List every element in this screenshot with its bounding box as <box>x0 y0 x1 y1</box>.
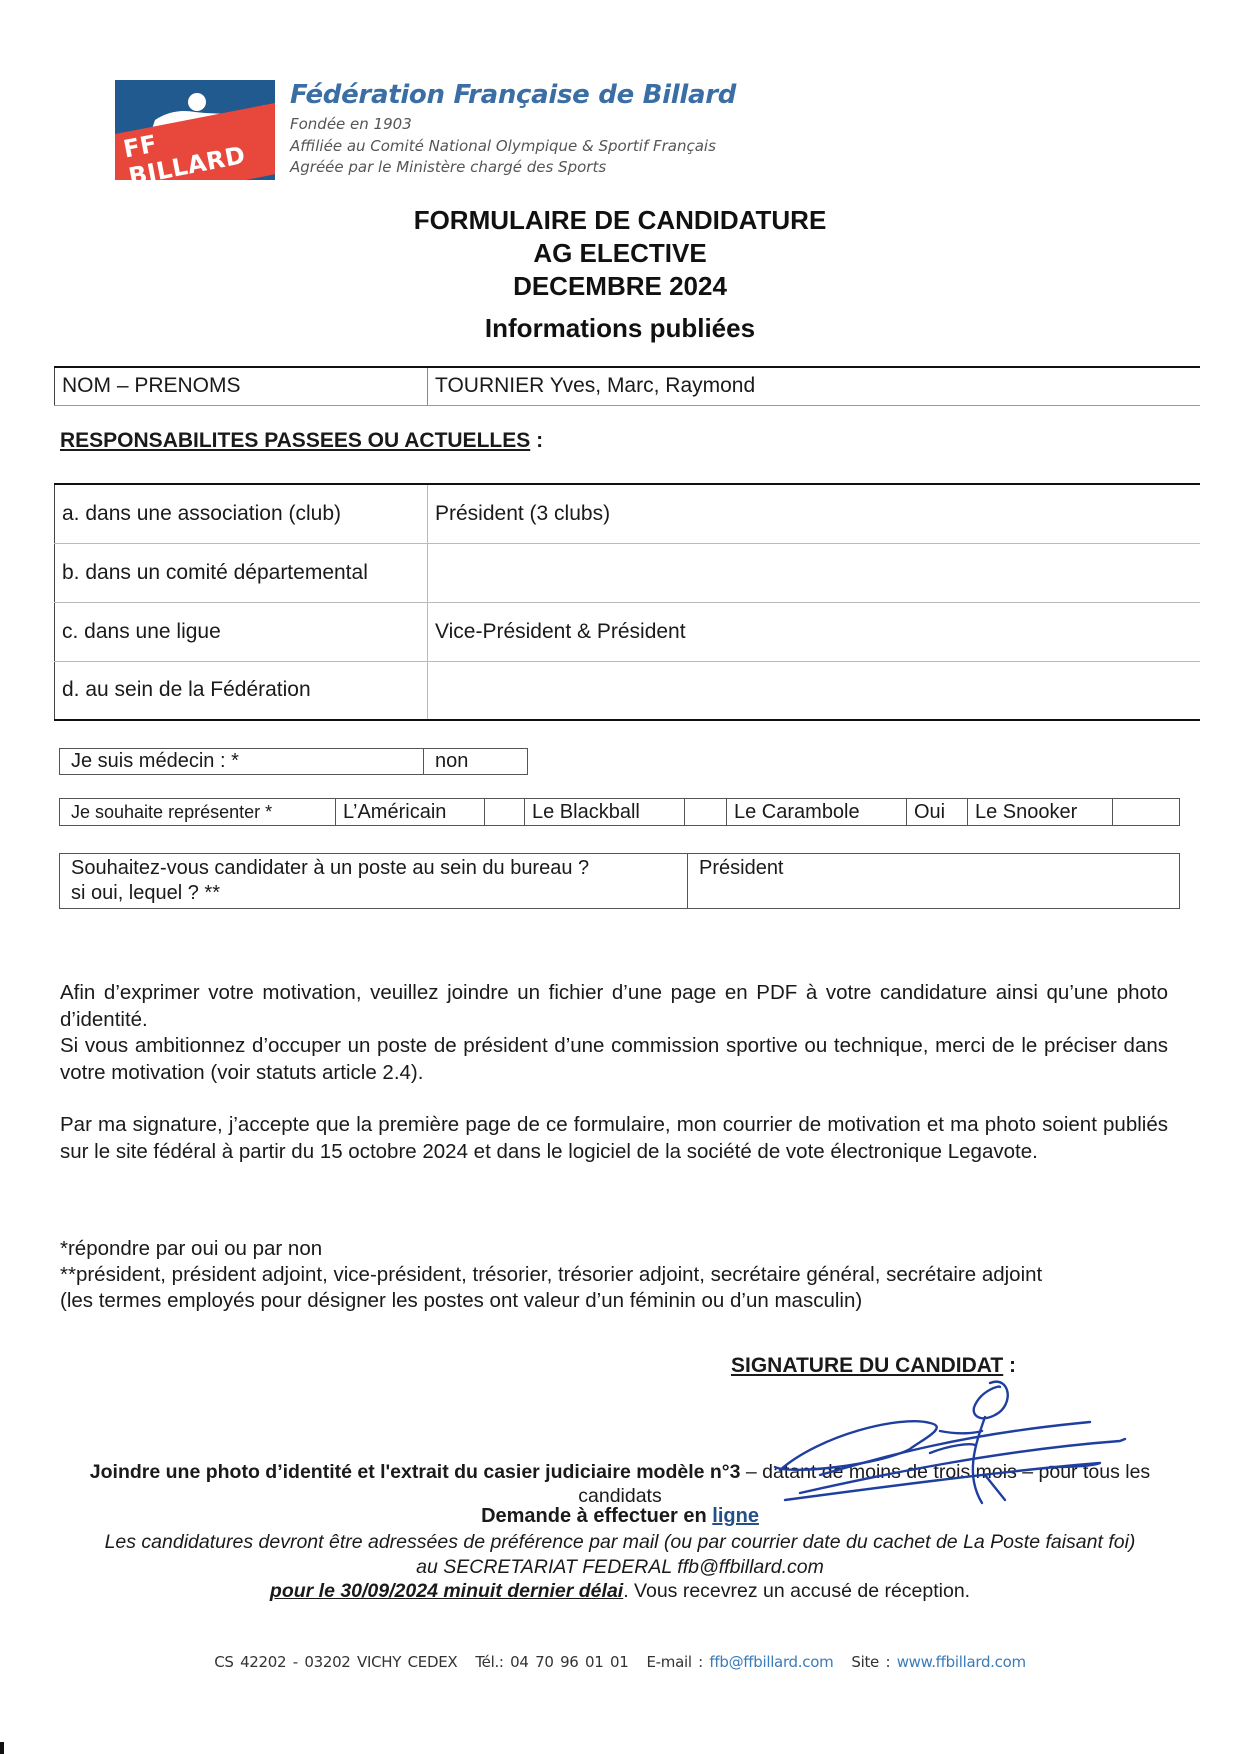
footer-email-label: E-mail : <box>646 1653 702 1671</box>
deadline-date: pour le 30/09/2024 minuit dernier délai <box>270 1580 623 1602</box>
form-subtitle: Informations publiées <box>0 313 1240 344</box>
identity-table: NOM – PRENOMS TOURNIER Yves, Marc, Raymo… <box>54 366 1200 406</box>
bureau-table: Souhaitez-vous candidater à un poste au … <box>59 853 1180 909</box>
discipline-snooker: Le Snooker <box>968 799 1113 826</box>
footer-site-label: Site : <box>851 1653 890 1671</box>
page-footer: CS 42202 - 03202 VICHY CEDEXTél.: 04 70 … <box>0 1653 1240 1671</box>
table-row: c. dans une ligue Vice-Président & Prési… <box>55 602 1201 661</box>
bureau-question-line1: Souhaitez-vous candidater à un poste au … <box>71 856 676 881</box>
footnote-1: *répondre par oui ou par non <box>60 1236 1180 1262</box>
identity-value: TOURNIER Yves, Marc, Raymond <box>428 367 1201 405</box>
form-title-ag: AG ELECTIVE <box>0 238 1240 269</box>
representer-label: Je souhaite représenter * <box>60 799 336 826</box>
signature-label-text: SIGNATURE DU CANDIDAT <box>731 1354 1003 1377</box>
identity-label: NOM – PRENOMS <box>55 367 428 405</box>
discipline-blackball-answer <box>685 799 727 826</box>
motivation-text-2: Si vous ambitionnez d’occuper un poste d… <box>60 1033 1168 1086</box>
table-row: d. au sein de la Fédération <box>55 661 1201 720</box>
responsibilities-heading-colon: : <box>530 429 543 452</box>
consent-text: Par ma signature, j’accepte que la premi… <box>60 1112 1168 1165</box>
signature-label-colon: : <box>1003 1354 1016 1377</box>
table-row: a. dans une association (club) Président… <box>55 484 1201 543</box>
medecin-value: non <box>424 749 528 775</box>
resp-value: Vice-Président & Président <box>428 602 1201 661</box>
submission-line-2: au SECRETARIAT FEDERAL ffb@ffbillard.com <box>40 1555 1200 1580</box>
federation-approval: Agréée par le Ministère chargé des Sport… <box>290 158 606 176</box>
responsibilities-table: a. dans une association (club) Président… <box>54 483 1200 721</box>
representer-row: Je souhaite représenter * L’Américain Le… <box>60 799 1180 826</box>
consent-paragraph: Par ma signature, j’accepte que la premi… <box>60 1112 1168 1165</box>
footer-tel: 04 70 96 01 01 <box>510 1653 628 1671</box>
footer-tel-label: Tél.: <box>475 1653 503 1671</box>
footnotes: *répondre par oui ou par non **président… <box>60 1236 1180 1314</box>
responsibilities-heading: RESPONSABILITES PASSEES OU ACTUELLES : <box>60 429 543 453</box>
resp-label: d. au sein de la Fédération <box>55 661 428 720</box>
representer-table: Je souhaite représenter * L’Américain Le… <box>59 798 1180 826</box>
federation-affiliation: Affiliée au Comité National Olympique & … <box>290 137 716 155</box>
bureau-question-line2: si oui, lequel ? ** <box>71 881 676 906</box>
discipline-snooker-answer <box>1113 799 1180 826</box>
ffb-logo: FF BILLARD <box>115 80 275 180</box>
federation-founded: Fondée en 1903 <box>290 115 412 133</box>
submission-instructions: Les candidatures devront être adressées … <box>40 1530 1200 1579</box>
form-title-date: DECEMBRE 2024 <box>0 271 1240 302</box>
demande-online-link[interactable]: ligne <box>712 1505 759 1527</box>
footer-email-link[interactable]: ffb@ffbillard.com <box>709 1653 833 1671</box>
discipline-carambole-answer: Oui <box>907 799 968 826</box>
handwritten-signature <box>760 1375 1140 1505</box>
resp-label: c. dans une ligue <box>55 602 428 661</box>
identity-row: NOM – PRENOMS TOURNIER Yves, Marc, Raymo… <box>55 367 1201 405</box>
resp-value <box>428 543 1201 602</box>
motivation-paragraph: Afin d’exprimer votre motivation, veuill… <box>60 980 1168 1086</box>
discipline-carambole: Le Carambole <box>727 799 907 826</box>
medecin-row: Je suis médecin : * non <box>60 749 528 775</box>
table-row: b. dans un comité départemental <box>55 543 1201 602</box>
medecin-label: Je suis médecin : * <box>60 749 424 775</box>
resp-label: b. dans un comité départemental <box>55 543 428 602</box>
resp-value <box>428 661 1201 720</box>
deadline-rest: . Vous recevrez un accusé de réception. <box>623 1580 970 1602</box>
submission-line-1: Les candidatures devront être adressées … <box>40 1530 1200 1555</box>
medecin-table: Je suis médecin : * non <box>59 748 528 775</box>
demande-line: Demande à effectuer en ligne <box>0 1505 1240 1528</box>
resp-value: Président (3 clubs) <box>428 484 1201 543</box>
resp-label: a. dans une association (club) <box>55 484 428 543</box>
discipline-blackball: Le Blackball <box>525 799 685 826</box>
motivation-text-1: Afin d’exprimer votre motivation, veuill… <box>60 980 1168 1033</box>
bureau-answer: Président <box>688 854 1180 909</box>
demande-prefix: Demande à effectuer en <box>481 1505 712 1527</box>
deadline-line: pour le 30/09/2024 minuit dernier délai.… <box>0 1580 1240 1603</box>
bureau-row: Souhaitez-vous candidater à un poste au … <box>60 854 1180 909</box>
footnote-2: **président, président adjoint, vice-pré… <box>60 1262 1180 1288</box>
bureau-question: Souhaitez-vous candidater à un poste au … <box>60 854 688 909</box>
discipline-americain-answer <box>485 799 525 826</box>
footer-site-link[interactable]: www.ffbillard.com <box>897 1653 1026 1671</box>
federation-name: Fédération Française de Billard <box>290 80 736 110</box>
footnote-3: (les termes employés pour désigner les p… <box>60 1288 1180 1314</box>
discipline-americain: L’Américain <box>336 799 485 826</box>
joindre-bold: Joindre une photo d’identité et l'extrai… <box>90 1461 741 1483</box>
form-title: FORMULAIRE DE CANDIDATURE <box>0 205 1240 236</box>
footer-address: CS 42202 - 03202 VICHY CEDEX <box>214 1653 457 1671</box>
scan-edge-mark <box>0 1742 4 1754</box>
responsibilities-heading-text: RESPONSABILITES PASSEES OU ACTUELLES <box>60 429 530 452</box>
